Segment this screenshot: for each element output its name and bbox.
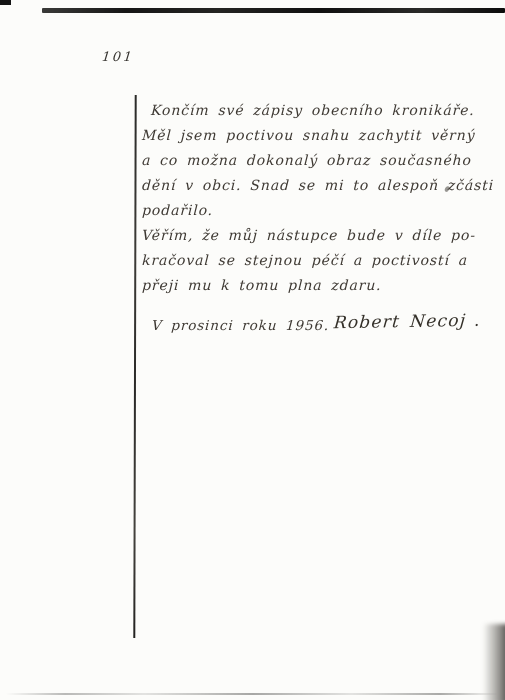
handwritten-line: Věřím, že můj nástupce bude v díle po- — [141, 224, 482, 249]
handwritten-line: podařilo. — [141, 199, 482, 224]
handwritten-text-block: Končím své zápisy obecního kronikáře. Mě… — [142, 99, 482, 348]
scan-edge-line-top — [42, 8, 505, 13]
scan-shadow-bottom-right — [483, 624, 505, 700]
handwritten-line: Měl jsem poctivou snahu zachytit věrný — [141, 124, 482, 149]
scan-edge-line-bottom — [6, 693, 499, 695]
scanned-chronicle-page: 101 Končím své zápisy obecního kronikáře… — [0, 0, 505, 700]
margin-rule — [133, 95, 136, 638]
signature-name: Robert Necoj — [333, 311, 467, 333]
dateline-row: V prosinci roku 1956. Robert Necoj. — [142, 314, 482, 348]
handwritten-line: kračoval se stejnou péčí a poctivostí a — [141, 249, 482, 274]
handwritten-line: Končím své zápisy obecního kronikáře. — [141, 99, 482, 124]
signature-period: . — [473, 311, 481, 331]
dateline: V prosinci roku 1956. — [151, 318, 329, 334]
handwritten-line: přeji mu k tomu plna zdaru. — [141, 274, 482, 299]
handwritten-line: dění v obci. Snad se mi to alespoň zčást… — [141, 174, 482, 199]
signature: Robert Necoj. — [333, 311, 482, 334]
handwritten-line: a co možna dokonalý obraz současného — [141, 149, 482, 174]
scan-artifact-top-left — [0, 0, 11, 5]
page-number: 101 — [101, 50, 135, 65]
